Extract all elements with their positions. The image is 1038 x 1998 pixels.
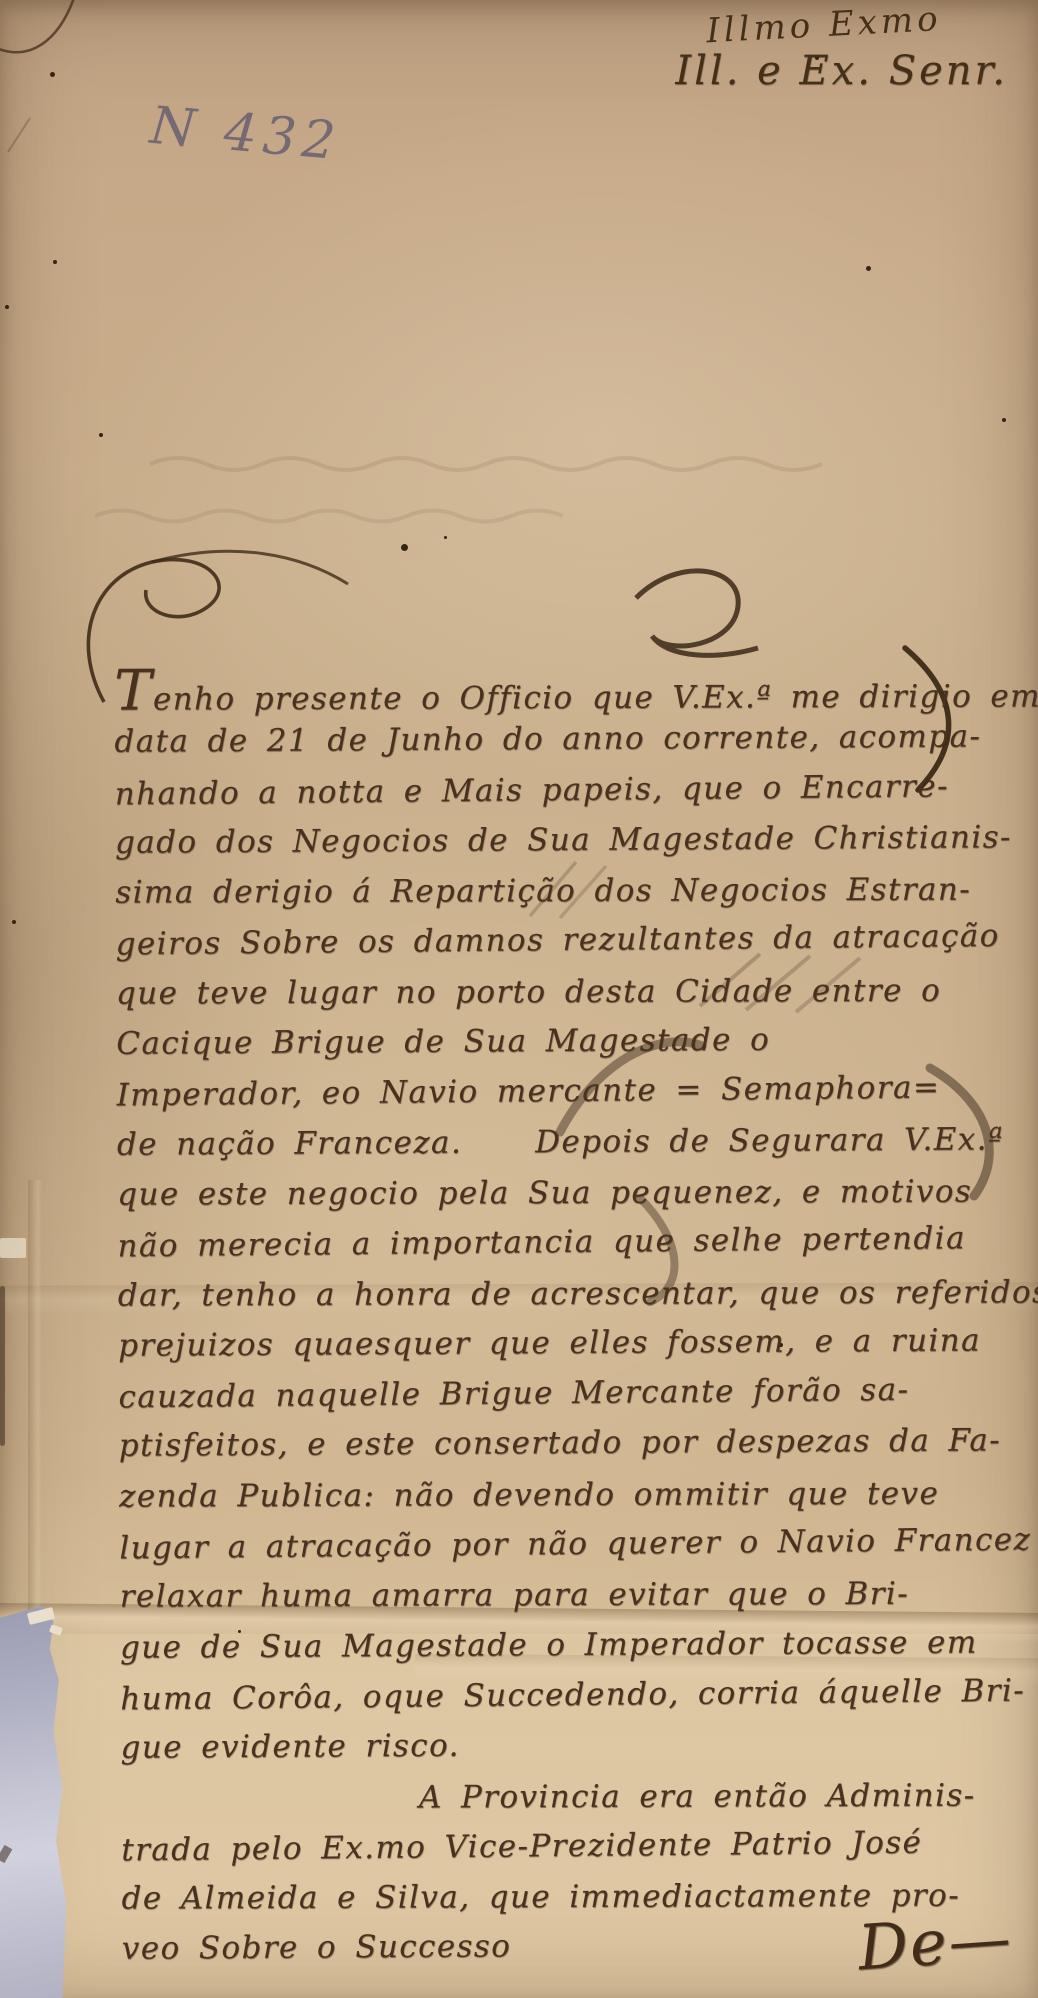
edge-dark-sliver [0,1286,5,1446]
manuscript-line: relaxar huma amarra para evitar que o Br… [120,1569,1020,1622]
ink-speck [50,72,55,77]
manuscript-line: dar, tenho a honra de acrescentar, que o… [118,1267,1018,1320]
manuscript-line: Imperador, eo Navio mercante = Semaphora… [116,1062,1016,1121]
manuscript-line: gado dos Negocios de Sua Magestade Chris… [115,812,1015,868]
ink-speck [444,536,447,539]
manuscript-line: geiros Sobre os damnos rezultantes da at… [115,911,1015,970]
manuscript-line: não merecia a importancia que selhe pert… [117,1213,1017,1272]
manuscript-line: que teve lugar no porto desta Cidade ent… [116,965,1016,1018]
ink-speck [12,920,16,924]
salutation-line-2: Ill. e Ex. Senr. [675,48,1008,94]
salutation: Illmo Exmo Ill. e Ex. Senr. [675,6,1008,94]
manuscript-line: Cacique Brigue de Sua Magestade o [116,1013,1016,1069]
ink-speck [401,544,408,551]
manuscript-line: lugar a atracação por não querer o Navio… [119,1515,1019,1574]
manuscript-line: cauzada naquelle Brigue Mercante forão s… [118,1364,1018,1423]
ink-speck [1002,418,1006,422]
manuscript-scan: { "page": { "registry_number": "N 432", … [0,0,1038,1998]
ink-speck [99,433,103,437]
ink-speck [5,305,9,309]
ink-speck [53,260,57,264]
catchword-flourish: De— [856,1901,1015,1985]
manuscript-line: sima derigio á Repartição dos Negocios E… [115,865,1015,918]
manuscript-line: A Provincia era então Adminis- [121,1770,1021,1823]
manuscript-line: gue de Sua Magestade o Imperador tocasse… [120,1617,1020,1673]
salutation-line-1: Illmo Exmo [674,0,942,53]
manuscript-line: gue evidente risco. [120,1717,1020,1773]
manuscript-line: que este negocio pela Sua pequenez, e mo… [117,1166,1017,1219]
manuscript-line: de nação Franceza. Depois de Segurara V.… [117,1114,1017,1170]
torn-paper-chip [0,1238,26,1258]
manuscript-line: trada pelo Ex.mo Vice-Prezidente Patrio … [121,1816,1021,1875]
ink-speck [866,266,871,271]
manuscript-line: zenda Publica: não devendo ommitir que t… [119,1468,1019,1521]
manuscript-line: Tenho presente o Officio que V.Ex.ª me d… [114,663,1014,716]
manuscript-line: data de 21 de Junho do anno corrente, ac… [114,712,1014,768]
manuscript-body: Tenho presente o Officio que V.Ex.ª me d… [114,661,1022,1974]
manuscript-line: huma Corôa, oque Succedendo, corria áque… [120,1666,1020,1725]
manuscript-line: prejuizos quaesquer que elles fossem, e … [118,1315,1018,1371]
manuscript-line: nhando a notta e Mais papeis, que o Enca… [115,760,1015,819]
manuscript-line: ptisfeitos, e este consertado por despez… [119,1416,1019,1472]
